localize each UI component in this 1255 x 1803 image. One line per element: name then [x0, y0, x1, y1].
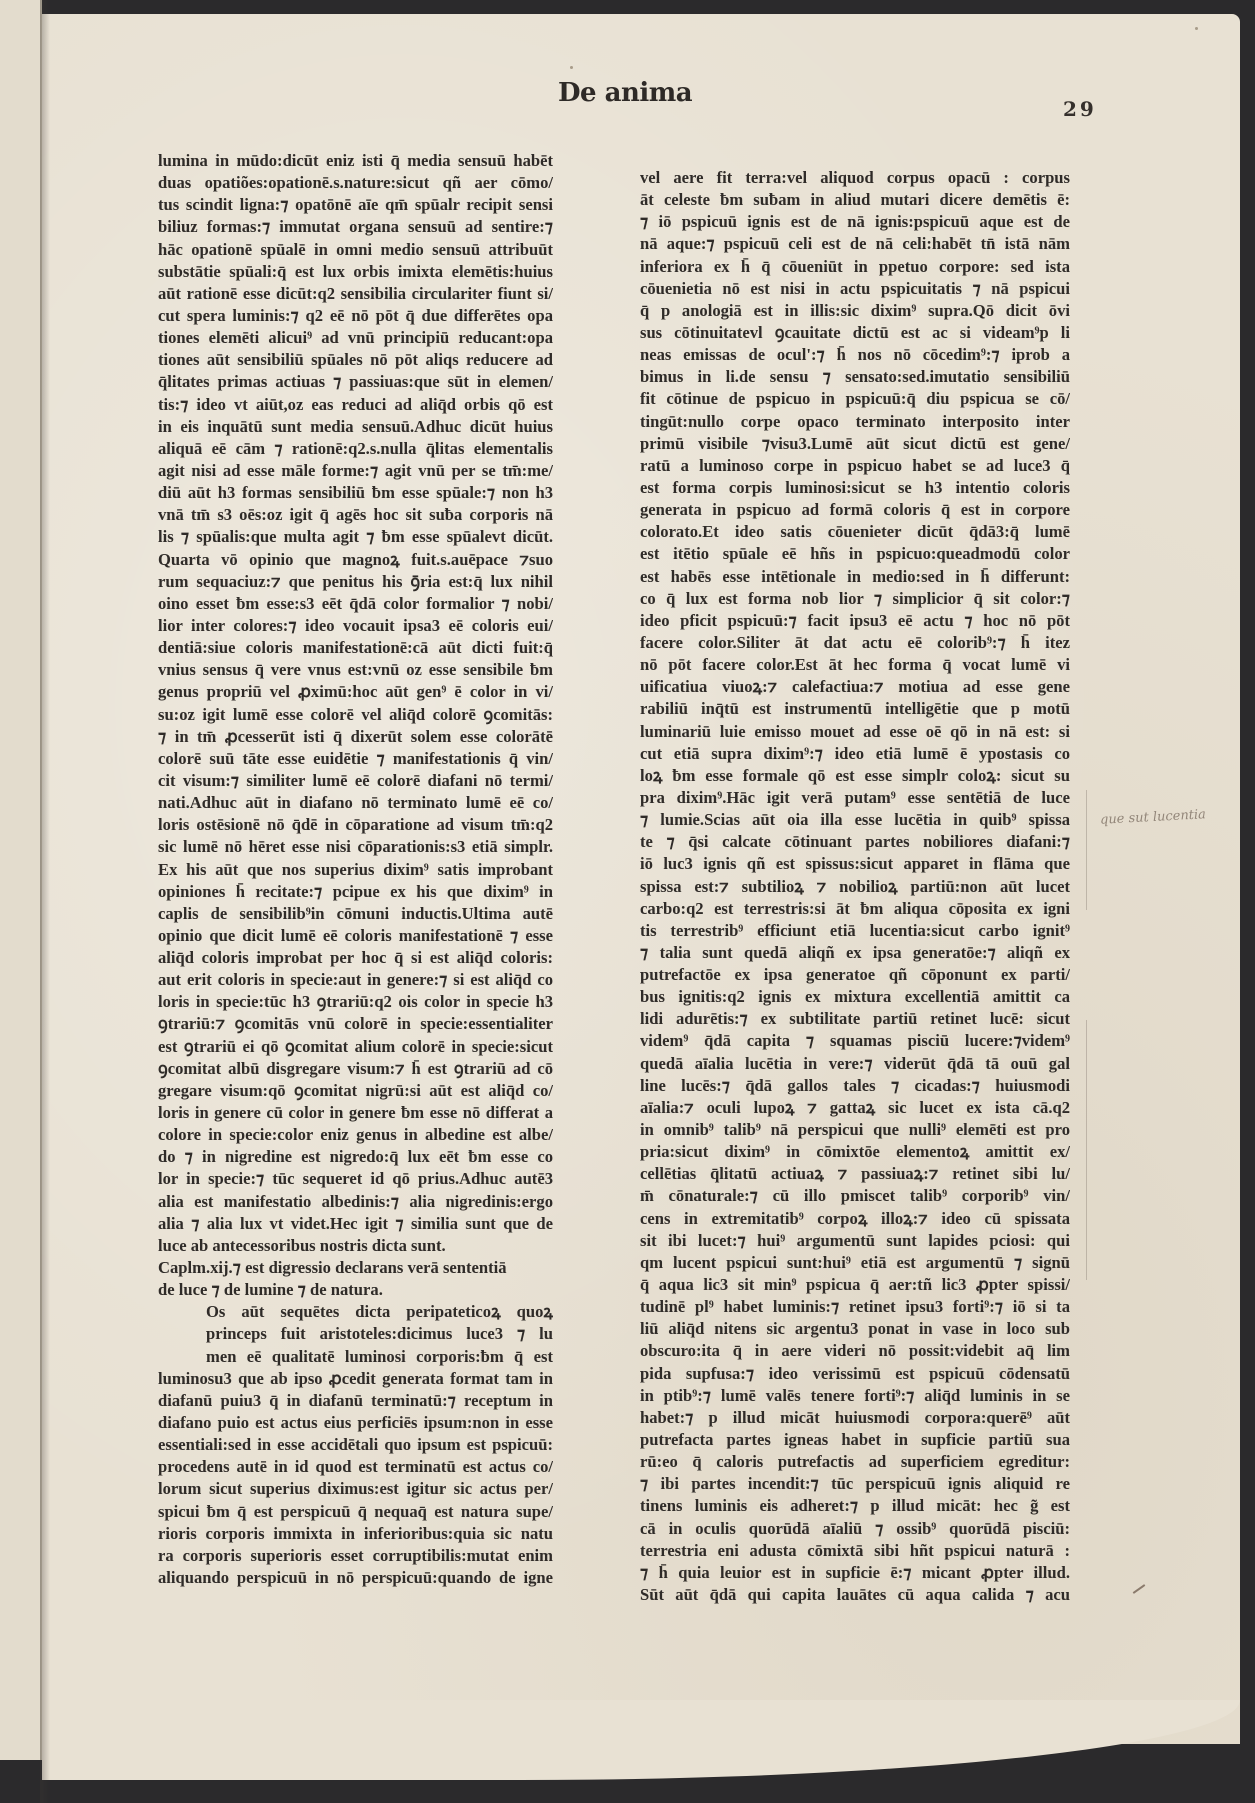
text-line: bimus in li.de sensu ⁊ sensato:sed.imuta…	[640, 366, 1070, 388]
text-line: co q̄ lux est forma nob lior ⁊ simplicio…	[640, 588, 1070, 610]
text-line: neas emissas de ocul':⁊ h̄ nos nō cōcedi…	[640, 344, 1070, 366]
text-line: de luce ⁊ de lumine ⁊ de natura.	[158, 1279, 553, 1301]
text-line: genus propriū vel ꝓximū:hoc aūt gen⁹ ē c…	[158, 681, 553, 703]
text-line: loris in genere cū color in genere ƀm es…	[158, 1102, 553, 1124]
text-line: cellētias q̄litatū actiuaꝝ ⁊ passiuaꝝ:⁊ …	[640, 1163, 1070, 1185]
text-line: ⁊ iō pspicuū ignis est de nā ignis:pspic…	[640, 211, 1070, 233]
text-line: luminariū luie emisso mouet ad esse oē q…	[640, 721, 1070, 743]
text-line: putrefactōe ex ipsa generatoe qñ cōponun…	[640, 964, 1070, 986]
text-line: vnius sensus q̄ vere vnus est:vnū oz ess…	[158, 659, 553, 681]
text-line: ⁊ h̄ quia leuior est in supficie ē:⁊ mic…	[640, 1562, 1070, 1584]
text-line: loris ostēsionē nō q̄dē in cōparatione a…	[158, 814, 553, 836]
text-line: tingūt:nullo corpe opaco terminato inter…	[640, 411, 1070, 433]
text-line: in eis inquātū sunt media sensuū.Adhuc d…	[158, 416, 553, 438]
text-line: in ptib⁹:⁊ lumē valēs tenere forti⁹:⁊ al…	[640, 1385, 1070, 1407]
text-line: putrefacta partes igneas habet in supfic…	[640, 1429, 1070, 1451]
text-line: liū aliq̄d nitens sic argentu3 ponat in …	[640, 1318, 1070, 1340]
text-line: su:oz igit lumē esse colorē vel aliq̄d c…	[158, 704, 553, 726]
text-line: substātie spūali:q̄ est lux orbis imixta…	[158, 261, 553, 283]
text-line: aīalia:⁊ oculi lupoꝝ ⁊ gattaꝝ sic lucet …	[640, 1097, 1070, 1119]
text-line: aliquā eē cām ⁊ rationē:q2.s.nulla q̄lit…	[158, 438, 553, 460]
text-line: est habēs esse intētionale in medio:sed …	[640, 566, 1070, 588]
text-line: est forma corpis luminosi:sicut se h3 in…	[640, 477, 1070, 499]
text-line: cens in extremitatib⁹ corpoꝝ illoꝝ:⁊ ide…	[640, 1208, 1070, 1230]
text-line: oino esset ƀm esse:s3 eēt q̄dā color for…	[158, 593, 553, 615]
text-line: nā aque:⁊ pspicuū celi est de nā celi:ha…	[640, 233, 1070, 255]
text-line: sic lumē nō hēret esse nisi cōparationis…	[158, 836, 553, 858]
text-line: princeps fuit aristoteles:dicimus luce3 …	[158, 1323, 553, 1345]
text-line: rū:eo q̄ caloris putrefactis ad superfic…	[640, 1451, 1070, 1473]
text-line: colorē suū tāte esse euidētie ⁊ manifest…	[158, 748, 553, 770]
text-line: opiniones h̄ recitate:⁊ pcipue ex his qu…	[158, 881, 553, 903]
text-line: uificatiua viuoꝝ:⁊ calefactiua:⁊ motiua …	[640, 676, 1070, 698]
text-line: men eē qualitatē luminosi corporis:ƀm q̄…	[158, 1346, 553, 1368]
text-line: Sūt aūt q̄dā qui capita lauātes cū aqua …	[640, 1584, 1070, 1606]
text-line: tus scindit ligna:⁊ opatōnē aīe qm̄ spūa…	[158, 194, 553, 216]
text-line: q̄ aqua lic3 sit min⁹ pspicua q̄ aer:tñ …	[640, 1274, 1070, 1296]
text-line: est ꝯtrariū ei qō ꝯcomitat alium colorē …	[158, 1036, 553, 1058]
text-line: aūt rationē esse dicūt:q2 sensibilia cir…	[158, 283, 553, 305]
text-line: biliuz formas:⁊ immutat organa sensuū ad…	[158, 216, 553, 238]
text-line: facere color.Siliter āt dat actu eē colo…	[640, 632, 1070, 654]
text-line: videm⁹ q̄dā capita ⁊ squamas pisciū luce…	[640, 1030, 1070, 1052]
folio-number: 29	[1063, 97, 1097, 121]
text-line: m̄ cōnaturale:⁊ cū illo pmiscet talib⁹ c…	[640, 1185, 1070, 1207]
text-line: primū visibile ⁊visu3.Lumē aūt sicut dic…	[640, 433, 1070, 455]
text-line: colorato.Et ideo satis cōuenieter dicūt …	[640, 521, 1070, 543]
text-line: luce ab antecessoribus nostris dicta sun…	[158, 1235, 553, 1257]
text-line: spicui ƀm q̄ est perspicuū q̄ nequaq̄ es…	[158, 1501, 553, 1523]
text-line: cit visum:⁊ similiter lumē eē colorē dia…	[158, 770, 553, 792]
previous-leaf-edge	[0, 0, 42, 1760]
text-line: hāc opationē spūalē in omni medio sensuū…	[158, 239, 553, 261]
text-line: inferiora ex h̄ q̄ cōueniūt in ppetuo co…	[640, 256, 1070, 278]
text-line: lumina in mūdo:dicūt eniz isti q̄ media …	[158, 150, 553, 172]
text-line: ratū a luminoso corpe in pspicuo habet s…	[640, 455, 1070, 477]
left-column: lumina in mūdo:dicūt eniz isti q̄ media …	[158, 150, 553, 1589]
text-line: Quarta vō opinio que magnoꝝ fuit.s.auēpa…	[158, 549, 553, 571]
text-line: cut spera luminis:⁊ q2 eē nō pōt q̄ due …	[158, 305, 553, 327]
text-line: q̄ p anologiā est in illis:sic dixim⁹ su…	[640, 300, 1070, 322]
text-line: rioris corporis immixta in inferioribus:…	[158, 1523, 553, 1545]
text-line: terrestria eni adusta cōmixtā sibi hñt p…	[640, 1540, 1070, 1562]
text-line: luminosu3 que ab ipso ꝓcedit generata fo…	[158, 1368, 553, 1390]
paper-speck	[570, 66, 573, 69]
text-line: tinens luminis eis adheret:⁊ p illud mic…	[640, 1495, 1070, 1517]
text-line: pria:sicut dixim⁹ in cōmixtōe elementoꝝ …	[640, 1141, 1070, 1163]
right-column: vel aere fit terra:vel aliquod corpus op…	[640, 167, 1070, 1606]
text-line: tiones aūt sensibiliū spūales nō pōt ali…	[158, 349, 553, 371]
text-line: bus ignitis:q2 ignis ex mixtura excellen…	[640, 986, 1070, 1008]
text-line: tis:⁊ ideo vt aiūt,oz eas reduci ad aliq…	[158, 394, 553, 416]
text-line: spissa est:⁊ subtilioꝝ ⁊ nobilioꝝ partiū…	[640, 876, 1070, 898]
text-line: ⁊ in tm̄ ꝓcesserūt isti q̄ dixerūt solem…	[158, 726, 553, 748]
text-line: alia est manifestatio albedinis:⁊ alia n…	[158, 1191, 553, 1213]
text-line: gregare visum:qō ꝯcomitat nigrū:si aūt e…	[158, 1080, 553, 1102]
page-bottom-edge	[42, 1700, 1240, 1780]
text-line: quedā aīalia lucētia in vere:⁊ viderūt q…	[640, 1053, 1070, 1075]
paper-speck	[1195, 27, 1198, 30]
text-line: opinio que dicit lumē eē coloris manifes…	[158, 925, 553, 947]
text-line: do ⁊ in nigredine est nigredo:q̄ lux eēt…	[158, 1146, 553, 1168]
text-line: tis terrestrib⁹ efficiunt etiā lucentia:…	[640, 920, 1070, 942]
text-line: lor in specie:⁊ tūc sequeret id qō prius…	[158, 1168, 553, 1190]
text-line: rum sequaciuz:⁊ que penitus his ꝯ̄ria es…	[158, 571, 553, 593]
text-line: Caplm.xij.⁊ est digressio declarans verā…	[158, 1257, 553, 1279]
text-line: tiones elemēti alicui⁹ ad vnū principiū …	[158, 327, 553, 349]
text-line: diafanū puiu3 q̄ in diafanū terminatū:⁊ …	[158, 1390, 553, 1412]
text-line: nō pōt facere color.Est āt hec forma q̄ …	[640, 654, 1070, 676]
text-line: lorum sicut superius diximus:est igitur …	[158, 1478, 553, 1500]
text-line: dentiā:siue coloris manifestationē:cā aū…	[158, 637, 553, 659]
text-line: aliquando perspicuū in nō perspicuū:quan…	[158, 1567, 553, 1589]
text-line: ⁊ talia sunt quedā aliqñ ex ipsa generat…	[640, 942, 1070, 964]
text-line: generata in pspicuo ad formā coloris q̄ …	[640, 499, 1070, 521]
scanned-book-page: De anima 29 lumina in mūdo:dicūt eniz is…	[0, 0, 1255, 1803]
text-line: Os aūt sequētes dicta peripateticoꝝ quoꝝ	[158, 1301, 553, 1323]
text-line: line lucēs:⁊ q̄dā gallos tales ⁊ cicadas…	[640, 1075, 1070, 1097]
text-line: caplis de sensibilib⁹in cōmuni inductis.…	[158, 903, 553, 925]
text-line: qm lucent pspicui sunt:hui⁹ etiā est arg…	[640, 1252, 1070, 1274]
text-line: vnā tm̄ s3 oēs:oz igit q̄ agēs hoc sit s…	[158, 504, 553, 526]
text-line: ra corporis superioris esset corruptibil…	[158, 1545, 553, 1567]
text-line: cōuenietia nō est nisi in actu pspicuita…	[640, 278, 1070, 300]
margin-bracket	[1078, 1020, 1087, 1280]
text-line: nati.Adhuc aūt in diafano nō terminato l…	[158, 792, 553, 814]
text-line: pida supfusa:⁊ ideo verissimū est pspicu…	[640, 1363, 1070, 1385]
text-line: lidi adurētis:⁊ ex subtilitate partiū re…	[640, 1008, 1070, 1030]
text-line: cut etiā supra dixim⁹:⁊ ideo etiā lumē ē…	[640, 743, 1070, 765]
text-line: vel aere fit terra:vel aliquod corpus op…	[640, 167, 1070, 189]
text-line: ꝯcomitat albū disgregare visum:⁊ h̄ est …	[158, 1058, 553, 1080]
text-line: colore in specie:color eniz genus in alb…	[158, 1124, 553, 1146]
text-line: habet:⁊ p illud micāt huiusmodi corpora:…	[640, 1407, 1070, 1429]
gutter-shadow	[40, 0, 50, 1803]
text-line: sus cōtinuitatevl ꝯcauitate dictū est ac…	[640, 322, 1070, 344]
text-line: tudinē pl⁹ habet luminis:⁊ retinet ipsu3…	[640, 1296, 1070, 1318]
text-line: ⁊ ibi partes incendit:⁊ tūc perspicuū ig…	[640, 1473, 1070, 1495]
text-line: essentiali:sed in esse accidētali quo ip…	[158, 1434, 553, 1456]
text-line: ⁊ lumie.Scias aūt oia illa esse lucētia …	[640, 809, 1070, 831]
text-line: loris in specie:tūc h3 ꝯtrariū:q2 ois co…	[158, 991, 553, 1013]
text-line: obscuro:ita q̄ in aere videri nō possit:…	[640, 1340, 1070, 1362]
text-line: lis ⁊ spūalis:que multa agit ⁊ ƀm esse s…	[158, 526, 553, 548]
text-line: āt celeste ƀm suƀam in aliud mutari dice…	[640, 189, 1070, 211]
text-line: ꝯtrariū:⁊ ꝯcomitās vnū colorē in specie:…	[158, 1013, 553, 1035]
text-line: diafano puio est actus eius perficiēs ip…	[158, 1412, 553, 1434]
text-line: Ex his aūt que nos superius dixim⁹ satis…	[158, 859, 553, 881]
text-line: iō luc3 ignis qñ est spissus:sicut appar…	[640, 853, 1070, 875]
text-line: est itētio spūale eē hñs in pspicuo:quea…	[640, 543, 1070, 565]
text-line: pra dixim⁹.Hāc igit verā putam⁹ esse sen…	[640, 787, 1070, 809]
text-line: ideo pficit pspicuū:⁊ facit ipsu3 eē act…	[640, 610, 1070, 632]
text-line: rabiliū inq̄tū est instrumentū intelligē…	[640, 698, 1070, 720]
text-line: loꝝ ƀm esse formale qō est esse simplr c…	[640, 765, 1070, 787]
margin-bracket	[1078, 790, 1087, 910]
text-line: fit cōtinue de pspicuo in pspicuū:q̄ diu…	[640, 388, 1070, 410]
text-line: cā in oculis quorūdā aīaliū ⁊ ossib⁹ quo…	[640, 1518, 1070, 1540]
text-line: in omnib⁹ talib⁹ nā perspicui que nulli⁹…	[640, 1119, 1070, 1141]
text-line: diū aūt h3 formas sensibiliū ƀm esse spū…	[158, 482, 553, 504]
text-line: agit nisi ad esse māle forme:⁊ agit vnū …	[158, 460, 553, 482]
text-line: q̄litates primas actiuas ⁊ passiuas:que …	[158, 371, 553, 393]
text-line: duas opatiões:opationē.s.nature:sicut qñ…	[158, 172, 553, 194]
text-line: procedens autē in id quod est terminatū …	[158, 1456, 553, 1478]
text-line: aut erit coloris in specie:aut in genere…	[158, 969, 553, 991]
text-line: te ⁊ q̄si calcate cōtinuant partes nobil…	[640, 831, 1070, 853]
running-head: De anima	[558, 78, 692, 108]
text-line: aliq̄d coloris improbat per hoc q̄ si es…	[158, 947, 553, 969]
text-line: alia ⁊ alia lux vt videt.Hec igit ⁊ simi…	[158, 1213, 553, 1235]
text-line: sit ibi lucet:⁊ hui⁹ argumentū sunt lapi…	[640, 1230, 1070, 1252]
text-line: lior inter colores:⁊ ideo vocauit ipsa3 …	[158, 615, 553, 637]
text-line: carbo:q2 est terrestris:si āt ƀm aliqua …	[640, 898, 1070, 920]
